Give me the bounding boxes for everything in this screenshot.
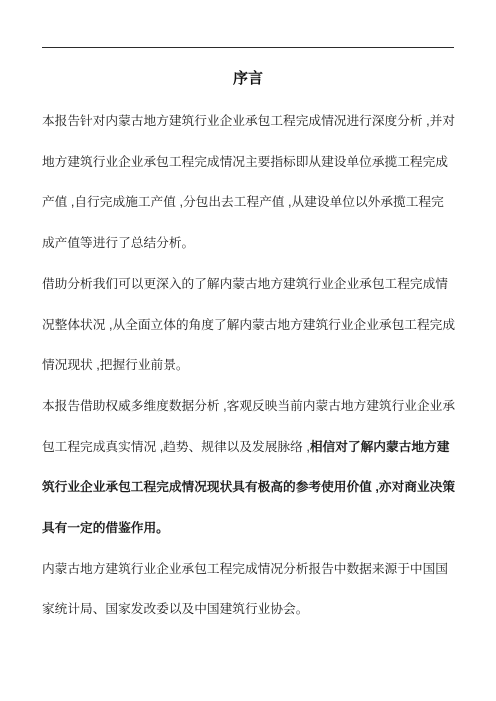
text-line: 家统计局、国家发改委以及中国建筑行业协会。 xyxy=(42,589,462,630)
page-title: 序言 xyxy=(0,71,496,87)
text-line: 具有一定的借鉴作用。 xyxy=(42,508,462,549)
text-segment: 产值 ,自行完成施工产值 ,分包出去工程产值 ,从建设单位以外承揽工程完 xyxy=(42,195,444,209)
text-segment: 地方建筑行业企业承包工程完成情况主要指标即从建设单位承揽工程完成 xyxy=(42,155,448,169)
text-line: 情况现状 ,把握行业前景。 xyxy=(42,345,462,386)
text-segment: 具有一定的借鉴作用。 xyxy=(42,521,169,535)
document-page: 序言 本报告针对内蒙古地方建筑行业企业承包工程完成情况进行深度分析 ,并对地方建… xyxy=(0,0,496,701)
text-segment: 情况现状 ,把握行业前景。 xyxy=(42,358,189,372)
text-segment: 本报告借助权威多维度数据分析 ,客观反映当前内蒙古地方建筑行业企业承 xyxy=(42,399,455,413)
text-line: 本报告针对内蒙古地方建筑行业企业承包工程完成情况进行深度分析 ,并对 xyxy=(42,101,462,142)
text-line: 况整体状况 ,从全面立体的角度了解内蒙古地方建筑行业企业承包工程完成 xyxy=(42,305,462,346)
text-segment: 借助分析我们可以更深入的了解内蒙古地方建筑行业企业承包工程完成情 xyxy=(42,277,448,291)
text-line: 内蒙古地方建筑行业企业承包工程完成情况分析报告中数据来源于中国国 xyxy=(42,549,462,590)
text-line: 包工程完成真实情况 ,趋势、规律以及发展脉络 ,相信对了解内蒙古地方建 xyxy=(42,427,462,468)
header-rule xyxy=(42,47,454,48)
document-body: 本报告针对内蒙古地方建筑行业企业承包工程完成情况进行深度分析 ,并对地方建筑行业… xyxy=(42,101,462,630)
text-segment: 包工程完成真实情况 ,趋势、规律以及发展脉络 , xyxy=(42,440,310,454)
text-segment: 况整体状况 ,从全面立体的角度了解内蒙古地方建筑行业企业承包工程完成 xyxy=(42,318,455,332)
text-segment: 本报告针对内蒙古地方建筑行业企业承包工程完成情况进行深度分析 ,并对 xyxy=(42,114,455,128)
text-line: 本报告借助权威多维度数据分析 ,客观反映当前内蒙古地方建筑行业企业承 xyxy=(42,386,462,427)
text-segment: 内蒙古地方建筑行业企业承包工程完成情况分析报告中数据来源于中国国 xyxy=(42,562,448,576)
text-line: 借助分析我们可以更深入的了解内蒙古地方建筑行业企业承包工程完成情 xyxy=(42,264,462,305)
text-line: 成产值等进行了总结分析。 xyxy=(42,223,462,264)
text-segment: 相信对了解内蒙古地方建 xyxy=(310,440,450,454)
text-line: 筑行业企业承包工程完成情况现状具有极高的参考使用价值 ,亦对商业决策 xyxy=(42,467,462,508)
text-segment: 筑行业企业承包工程完成情况现状具有极高的参考使用价值 ,亦对商业决策 xyxy=(42,480,455,494)
text-line: 地方建筑行业企业承包工程完成情况主要指标即从建设单位承揽工程完成 xyxy=(42,142,462,183)
text-line: 产值 ,自行完成施工产值 ,分包出去工程产值 ,从建设单位以外承揽工程完 xyxy=(42,182,462,223)
text-segment: 家统计局、国家发改委以及中国建筑行业协会。 xyxy=(42,602,308,616)
text-segment: 成产值等进行了总结分析。 xyxy=(42,236,194,250)
